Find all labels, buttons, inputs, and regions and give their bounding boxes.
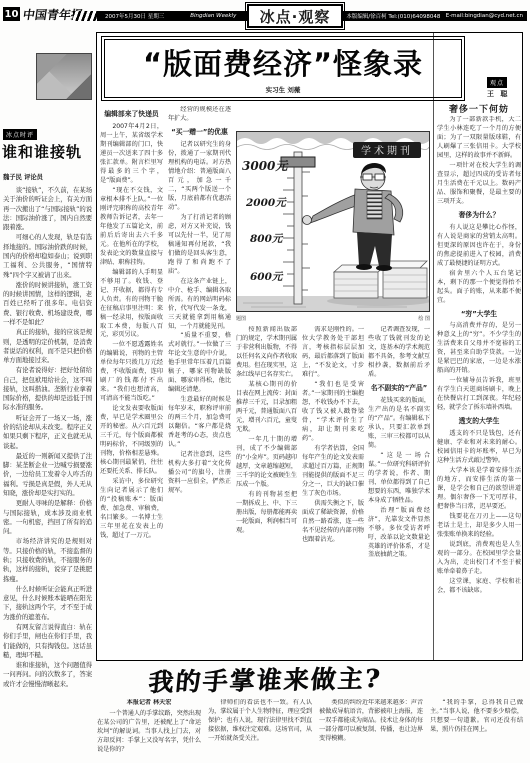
main-article-title: “版面费经济”怪象录 <box>104 42 462 83</box>
bottom-column-2: 律师们的看法也不一致。有人认为，掌纹属于个人生物特征，理应受到保护；也有人说，现… <box>208 699 312 761</box>
bottom-column-4: “我的手掌，总得我自己做主。”当事人说，他不要多少赔偿，只想要一句道歉。官司还没… <box>430 699 523 761</box>
paragraph: 有网友留言说得直白：轨在你们手里，闸也在你们手里，我们能做的，只有掏钱包。这话虽… <box>3 623 92 660</box>
paragraph: 涨价的时候讲接轨，涨工资的时候讲国情，这样的逻辑，老百姓已经听了很多年。电信资费… <box>3 281 92 327</box>
essay-body: 为了一部新款手机，大二学生小林连吃了一个月的方便面；为了一双限量版球鞋，有人刷爆… <box>437 116 521 657</box>
section-title: 冰点·观察 <box>247 4 343 28</box>
cartoon-caption-left: 题图 <box>236 315 246 323</box>
paragraph: 采访中，多位研究生向记者展示了他们的“投稿账本”：版面费、加急费、审稿费，名目繁… <box>100 478 163 541</box>
journal-sign-text: 学术期刊 <box>361 144 413 157</box>
main-article-byline: 实习生 刘薇 <box>104 85 462 94</box>
paragraph: 需求是刚性的。一位大学教务处干部坦言，考核指标层层加码，最后都落到了版面上，“不… <box>302 326 364 380</box>
left-article-body: 谈“接轨”，不久前，在某场关于油价的听证会上，有关方面再一次搬出了“与国际接轨”… <box>3 186 92 760</box>
cartoon-caption: 题图 绘 图 <box>236 315 430 323</box>
paragraph: “我们也是受害者。”一家期刊的主编抱怨，不收钱办不下去，收了钱又被人戳脊梁骨，“… <box>302 381 364 444</box>
slashes-decoration <box>73 11 97 21</box>
paragraph: 有论者说得好：把好处留给自己，把包袱甩给社会，这不叫接轨，这叫揩油。垄断行业拿着… <box>3 366 92 412</box>
paragraph: 经营的规模还在逐年扩大。 <box>168 106 231 124</box>
paragraph: 记者注意到，这些机构大多打着“文化传播公司”的旗号，注册资料一应俱全，俨然正规军… <box>168 451 231 496</box>
paragraph: 大学本该是学着安排生活的地方，而安排生活的第一课，是学会和自己的欲望讲道理。偶尔… <box>437 467 521 512</box>
paragraph: 类似的纠纷近年来越来越多：声音被做成导航语音，背影被印上海报，连一双手都能成为商… <box>319 699 423 744</box>
left-article-title: 谁和谁接轨 <box>2 141 94 162</box>
paragraph: 有的刊物甚至把一期拆成上、中、下三册出版，每册都能再卖一轮版面，利润相当可观。 <box>236 491 297 536</box>
paragraph: 一位辅导员告诉我，班里有学生白天逛商场刷卡，晚上在快餐店打工到深夜。年纪轻轻，就… <box>437 377 521 413</box>
paragraph: 花钱买来的版面，生产出的是名不副实的“产品”。有编辑私下承认，只要汇款单到账，三… <box>368 397 430 451</box>
paragraph: 按照新闻出版部门的规定，学术期刊属于非营利出版物，不得以任何名义向作者收取费用。… <box>236 326 297 380</box>
page-number: 10 <box>3 7 20 21</box>
byline: 本报记者 林天宏 <box>97 699 201 708</box>
price-label-600: 600元 <box>250 271 284 283</box>
paragraph: 一位不愿透露姓名的编辑说，刊物的主管单位每年只拨几万元经费，不收版面费，连印刷厂… <box>100 341 163 404</box>
subhead: 编辑部来了快递员 <box>100 110 163 120</box>
paragraph: 有人说这是攀比心作怪，有人说是商家的营销太高明。但更深的原因也许在于，身份的焦虑… <box>437 224 521 269</box>
paragraph: 这堂课，家庭、学校和社会，都不该缺席。 <box>437 578 521 596</box>
paragraph: 真正的接轨，接的应该是规则，是透明的定价机制，是消费者说话的权利，而不是只把价格… <box>3 328 92 365</box>
price-label-800: 800元 <box>250 233 284 245</box>
bottom-column-3: 类似的纠纷近年来越来越多：声音被做成导航语音，背影被印上海报，连一双手都能成为商… <box>319 699 423 761</box>
column-divider <box>433 33 434 660</box>
subhead: 名不副实的“产品” <box>368 384 430 394</box>
cartoon-caption-right: 绘 图 <box>418 315 430 323</box>
price-label-3000: 3000元 <box>242 159 289 173</box>
paragraph: 供需失衡之下，版面成了稀缺资源，价格自然一路看涨，连一些名不见经传的内部刊物也跟… <box>302 500 364 545</box>
main-column-a: 编辑部来了快递员2007年4月2日，周一上午，某省级学术期刊编辑部的门口，快递员… <box>100 106 163 657</box>
main-column-e: 记者调查发现，一些收了钱就刊发的论文，连基本的学术规范都不具备，参考文献互相抄袭… <box>368 326 430 657</box>
paragraph: 什么时候听证会能真正听进意见，什么时候账本能晒在阳光下，接轨这两个字，才不至于成… <box>3 585 92 622</box>
paragraph: 更耐人寻味的是解释：价格与国际接轨，成本涉及商业机密。一句机密，挡回了所有的追问… <box>3 499 92 536</box>
essay-title: 奢侈一下何妨 <box>437 102 521 115</box>
paragraph: 一年几十期的增刊，成了不少编辑部的“小金库”。页码越印越厚，文章越缩越短，三千字… <box>236 436 297 490</box>
left-article-byline: 魏子民 评论员 <box>3 172 43 181</box>
cartoon-man <box>303 163 403 271</box>
paragraph: 一个普通人的手掌纹路，突然出现在某公司的广告里，还被配上了“命运坎坷”的解说词。… <box>97 710 201 755</box>
paragraph: 编辑部的人手明显不够用了。收钱、登记、开收据，都得有专人负责。有的刊物干脆在征稿… <box>100 269 163 341</box>
paragraph: 2007年4月2日，周一上午，某省级学术期刊编辑部的门口，快递员一次送来了四十多… <box>100 123 163 186</box>
man-hand <box>303 216 312 225</box>
price-label-2000: 2000元 <box>245 197 287 209</box>
main-column-b: 经营的规模还在逐年扩大。“买一赠一”的优惠记者以研究生的身份，拨通了一家期刊代理… <box>168 106 231 657</box>
paragraph: 谁和谁接轨，这个问题值得一问再问。问的次数多了，答案或许才会慢慢清晰起来。 <box>3 661 92 689</box>
subhead: 奢侈为什么？ <box>437 211 521 221</box>
paragraph: “这是一场合谋。”一位研究科研评价的学者说，作者、期刊、单位都得到了自己想要的东… <box>368 452 430 506</box>
date-text: 2007年5月30日 星期三 <box>105 12 164 20</box>
essay-tag: 观点 <box>487 77 507 88</box>
essay-author: 王 聪 <box>487 89 509 99</box>
paragraph: 有学者估算，全国每年产生的论文发表需求超过百万篇，正规期刊能提供的版面不足三分之… <box>302 445 364 499</box>
cartoon-illustration: 3000元 2000元 800元 600元 学术期刊 <box>237 132 429 311</box>
paragraph: 记者以研究生的身份，拨通了一家期刊代理机构的电话。对方热情地介绍：普通版面八百元… <box>168 141 231 213</box>
paragraph: 谈“接轨”，不久前，在某场关于油价的听证会上，有关方面再一次搬出了“与国际接轨”… <box>3 186 92 232</box>
email-text: E-mail:bingdian@cyd.net.cn <box>446 13 523 19</box>
weekly-name-en: Bingdian Weekly <box>190 13 236 19</box>
paragraph: 生意最好的时候是每年岁末，职称评审前的两三个月，加急费可以翻倍。“客户都是烧香赶… <box>168 396 231 450</box>
paragraph: 在这条产业链上，中介、枪手、编辑各取所需。有的网站明码标价，代写代发一条龙，三天… <box>168 278 231 332</box>
paragraph: 治理“版面费经济”，光靠发文件显然不够。多位受访者呼吁，改革以论文数量论英雄的评… <box>368 507 430 561</box>
paragraph: “现在不交钱，文章根本排不上队。”一位刚评完职称的高校青年教师告诉记者，去年一年… <box>100 187 163 268</box>
paragraph: 可细心的人发现，轨是有选择地接的。国际油价跌的时候，国内的价格却稳如泰山；说到职… <box>3 233 92 279</box>
paragraph: 钱要花在刀刃上——这句老话土是土，却是多少人用一张张账单换来的经验。 <box>437 513 521 540</box>
paragraph: 宿舍里六个人五台笔记本，剩下的那一个便觉得抬不起头。面子的账，从来都不便宜。 <box>437 270 521 306</box>
left-article-tag: 冰点时评 <box>3 129 37 140</box>
subhead: “穷”大学生 <box>437 310 521 320</box>
paragraph: “质量不重要，格式对就行。”一位做了三年论文生意的中介说，他手里常年压着几百篇稿… <box>168 332 231 395</box>
editor-info: 本版编辑/徐百柯 Tel:(010)64098048 <box>346 12 440 20</box>
paragraph: 律师们的看法也不一致。有人认为，掌纹属于个人生物特征，理应受到保护；也有人说，现… <box>208 699 312 744</box>
paragraph: “我的手掌，总得我自己做主。”当事人说，他不要多少赔偿，只想要一句道歉。官司还没… <box>430 699 523 735</box>
paragraph: 为了一部新款手机，大二学生小林连吃了一个月的方便面；为了一双限量版球鞋，有人刷爆… <box>437 116 521 161</box>
paragraph: 记者调查发现，一些收了钱就刊发的论文，连基本的学术规范都不具备，参考文献互相抄袭… <box>368 326 430 380</box>
main-column-c: 按照新闻出版部门的规定，学术期刊属于非营利出版物，不得以任何名义向作者收取费用。… <box>236 326 297 657</box>
paragraph: 与高消费并存的，是另一种意义上的“穷”。不少学生的生活费来自父母并不宽裕的工资，… <box>437 322 521 376</box>
main-column-d: 需求是刚性的。一位大学教务处干部坦言，考核指标层层加码，最后都落到了版面上，“不… <box>302 326 364 657</box>
paragraph: 最近的一则新闻又提供了注脚：某垄断企业一边喊亏损要涨价，一边给员工发着令人咋舌的… <box>3 452 92 498</box>
bottom-article-title: 我的手掌谁来做主? <box>131 659 399 700</box>
paragraph: 说到底，消费观也是人生观的一部分。在校园里学会量入为出，走出校门才不至于被账单牵… <box>437 541 521 577</box>
paragraph: 透支的不只是钱包，还有健康、学业和对未来的耐心。校园信用卡的坏账率，早已为这种生… <box>437 430 521 466</box>
paragraph: 一项针对在校大学生的调查显示，超过四成的受访者每月生活费在千元以上。数码产品、服… <box>437 162 521 207</box>
paragraph: 论文发表要收版面费，早已是学术圈里公开的秘密。从六百元到三千元，每个版面都被明码… <box>100 405 163 477</box>
newspaper-page: 10 中国青年报 2007年5月30日 星期三 Bingdian Weekly … <box>0 0 530 763</box>
paragraph: 为了打消记者的顾虑，对方又补充说，钱可以先付一半，见了用稿通知再付尾款，“我们做… <box>168 214 231 277</box>
paragraph: 听证会开了一场又一场，涨价的结论却从未改变。程序正义如果只剩下程序，正义也就无从… <box>3 414 92 451</box>
headline-photo <box>36 53 92 100</box>
cartoon-box: 3000元 2000元 800元 600元 学术期刊 <box>236 131 430 312</box>
subhead: 透支的大学生 <box>437 417 521 427</box>
subhead: “买一赠一”的优惠 <box>168 128 231 138</box>
price-pole <box>294 152 302 304</box>
paragraph: 某核心期刊的价目表在网上流传：封面推荐三千元，目录加粗两千元，普通版面八百元，增… <box>236 381 297 435</box>
paragraph: 市场经济讲究的是规则对等。只接价格的轨，不接监督的轨；只接收费的轨，不接服务的轨… <box>3 537 92 583</box>
bottom-column-1: 本报记者 林天宏一个普通人的手掌纹路，突然出现在某公司的广告里，还被配上了“命运… <box>97 699 201 761</box>
